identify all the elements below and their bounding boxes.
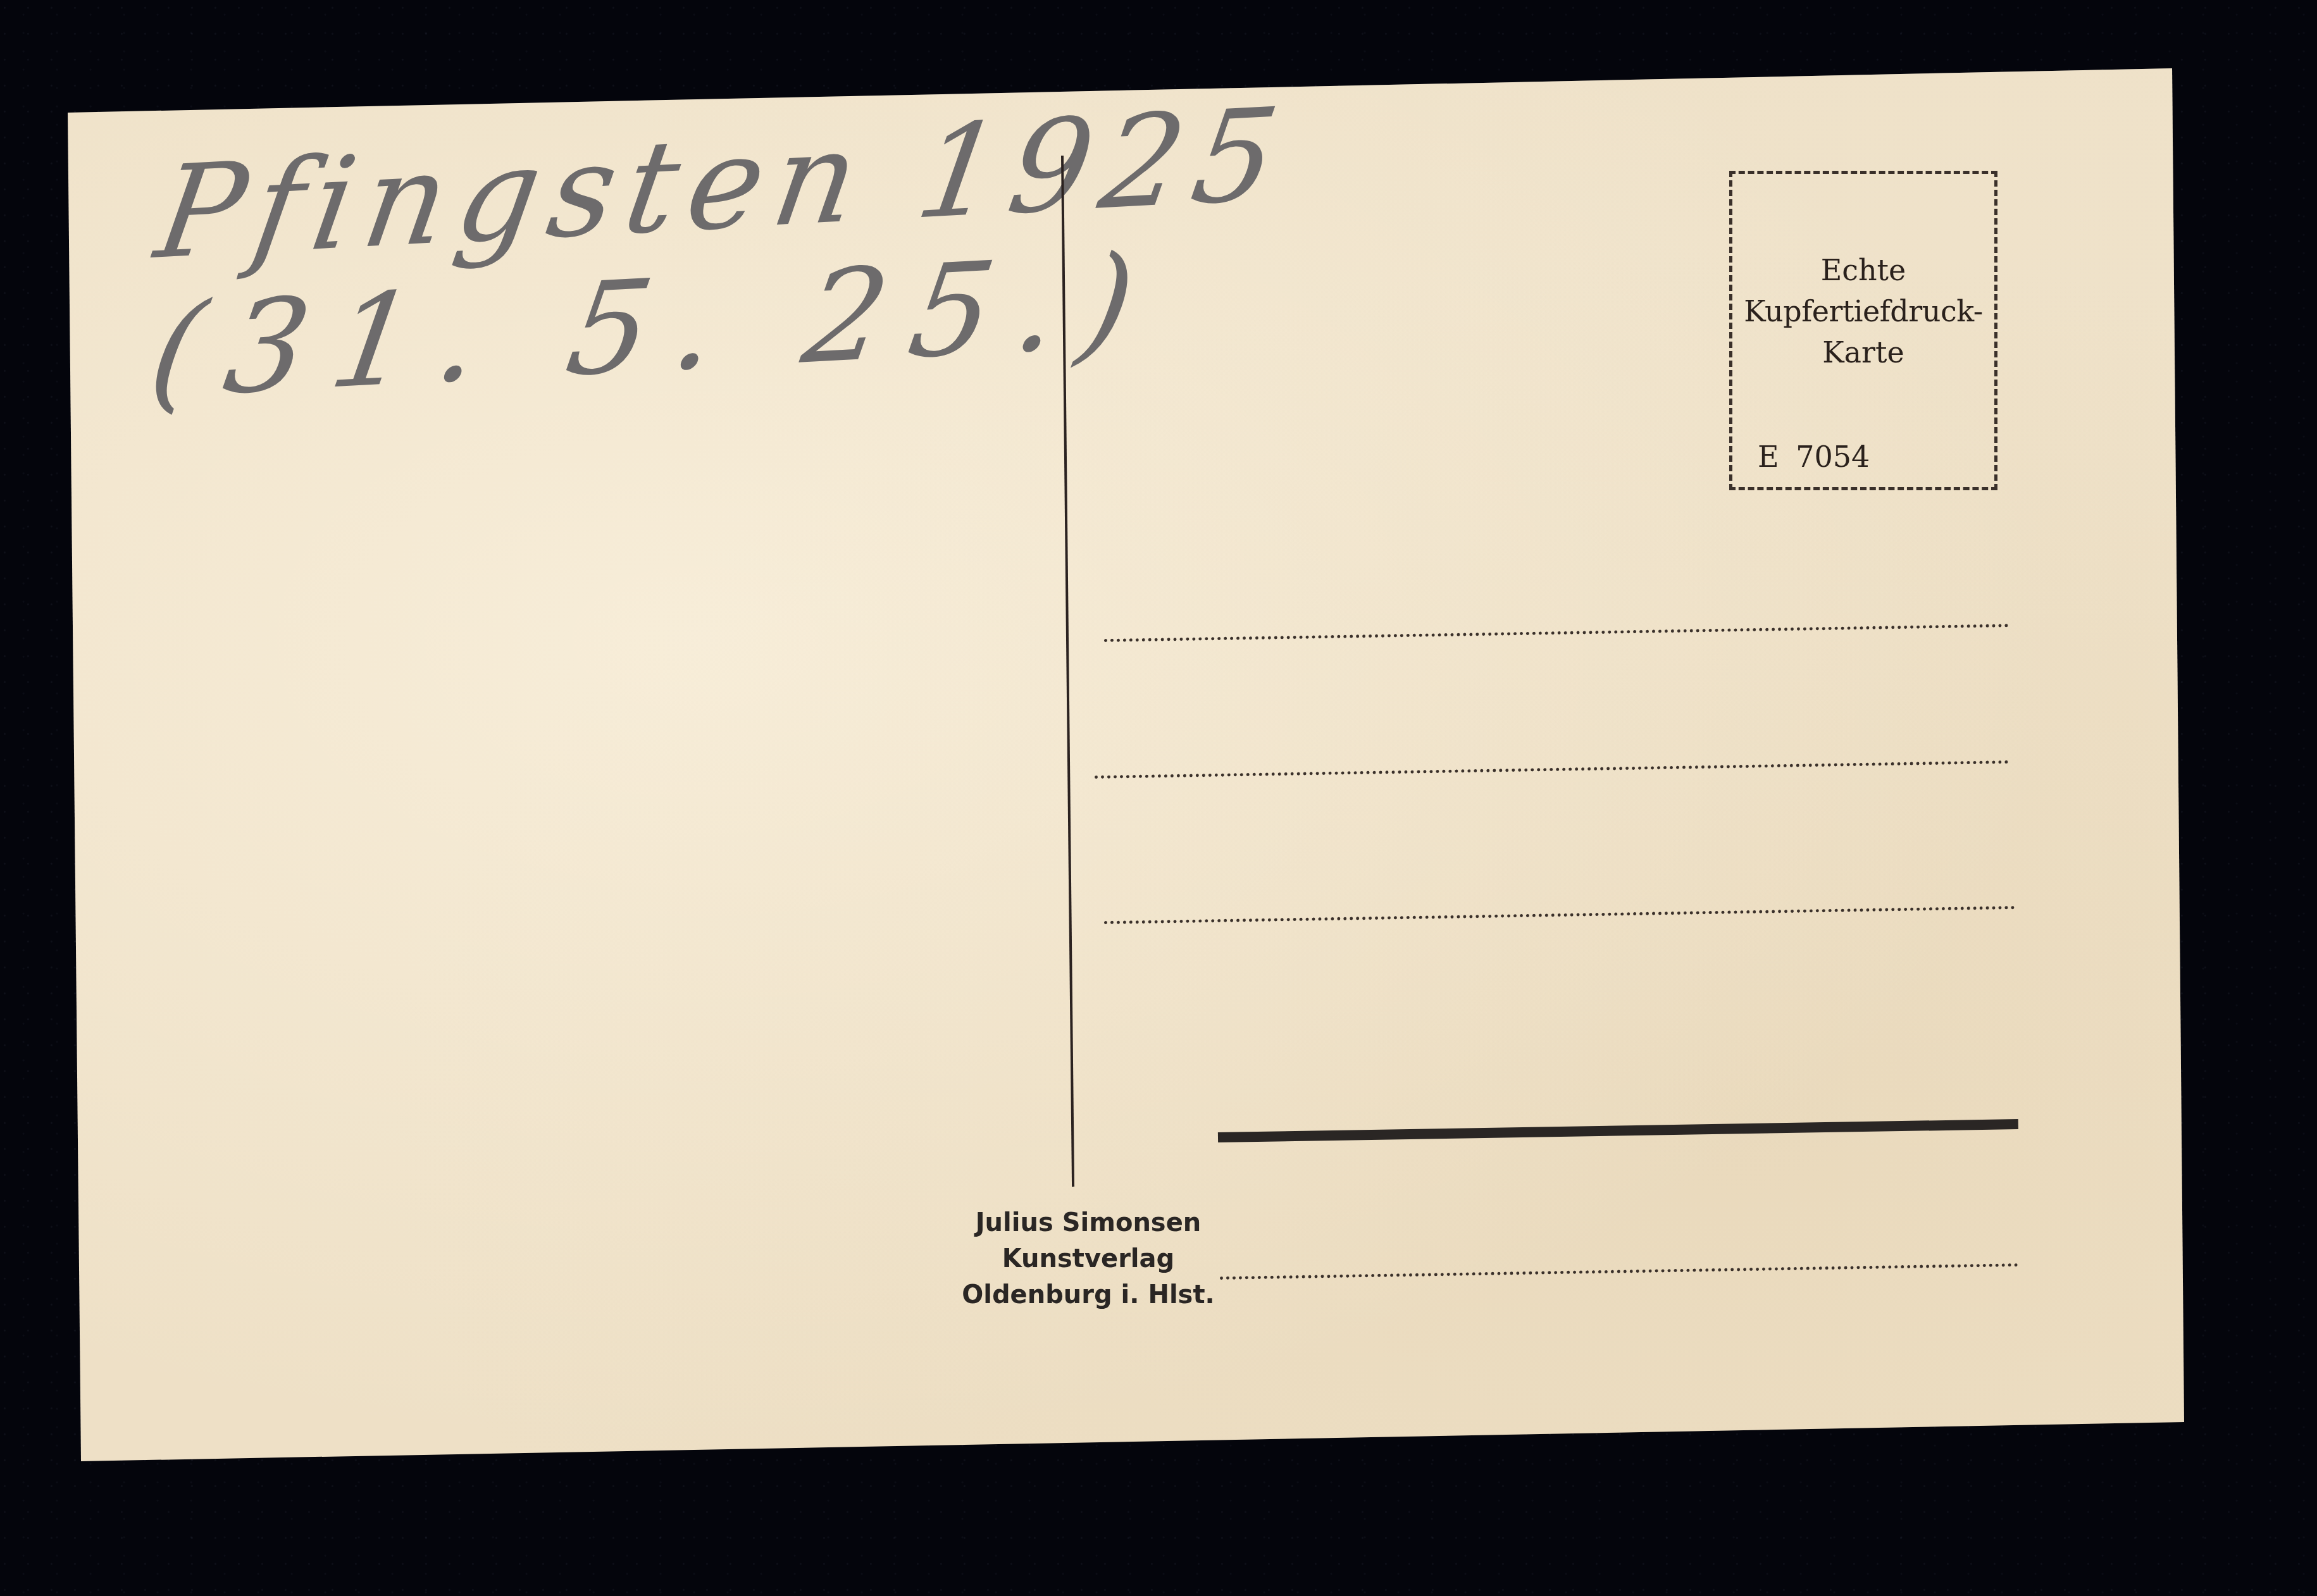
postcard-back: Pfingsten 1925 (31. 5. 25.) Echte Kupfer…: [0, 0, 2317, 1596]
stamp-box-text-line1: Echte: [1732, 253, 1994, 287]
publisher-name: Julius Simonsen: [936, 1205, 1240, 1241]
stamp-box-text-line3: Karte: [1732, 335, 1994, 369]
address-line-1: [1104, 624, 2009, 642]
stamp-placement-box: Echte Kupfertiefdruck- Karte E 7054: [1729, 171, 1997, 490]
address-line-2: [1095, 760, 2009, 779]
publisher-imprint: Julius Simonsen Kunstverlag Oldenburg i.…: [936, 1205, 1240, 1313]
address-line-3: [1104, 906, 2015, 924]
catalog-number: E 7054: [1758, 440, 1870, 474]
address-line-4: [1220, 1263, 2018, 1280]
publisher-location: Oldenburg i. Hlst.: [936, 1277, 1240, 1313]
publisher-type: Kunstverlag: [936, 1241, 1240, 1277]
stamp-box-text-line2: Kupfertiefdruck-: [1732, 294, 1994, 328]
address-line-solid: [1218, 1119, 2018, 1142]
